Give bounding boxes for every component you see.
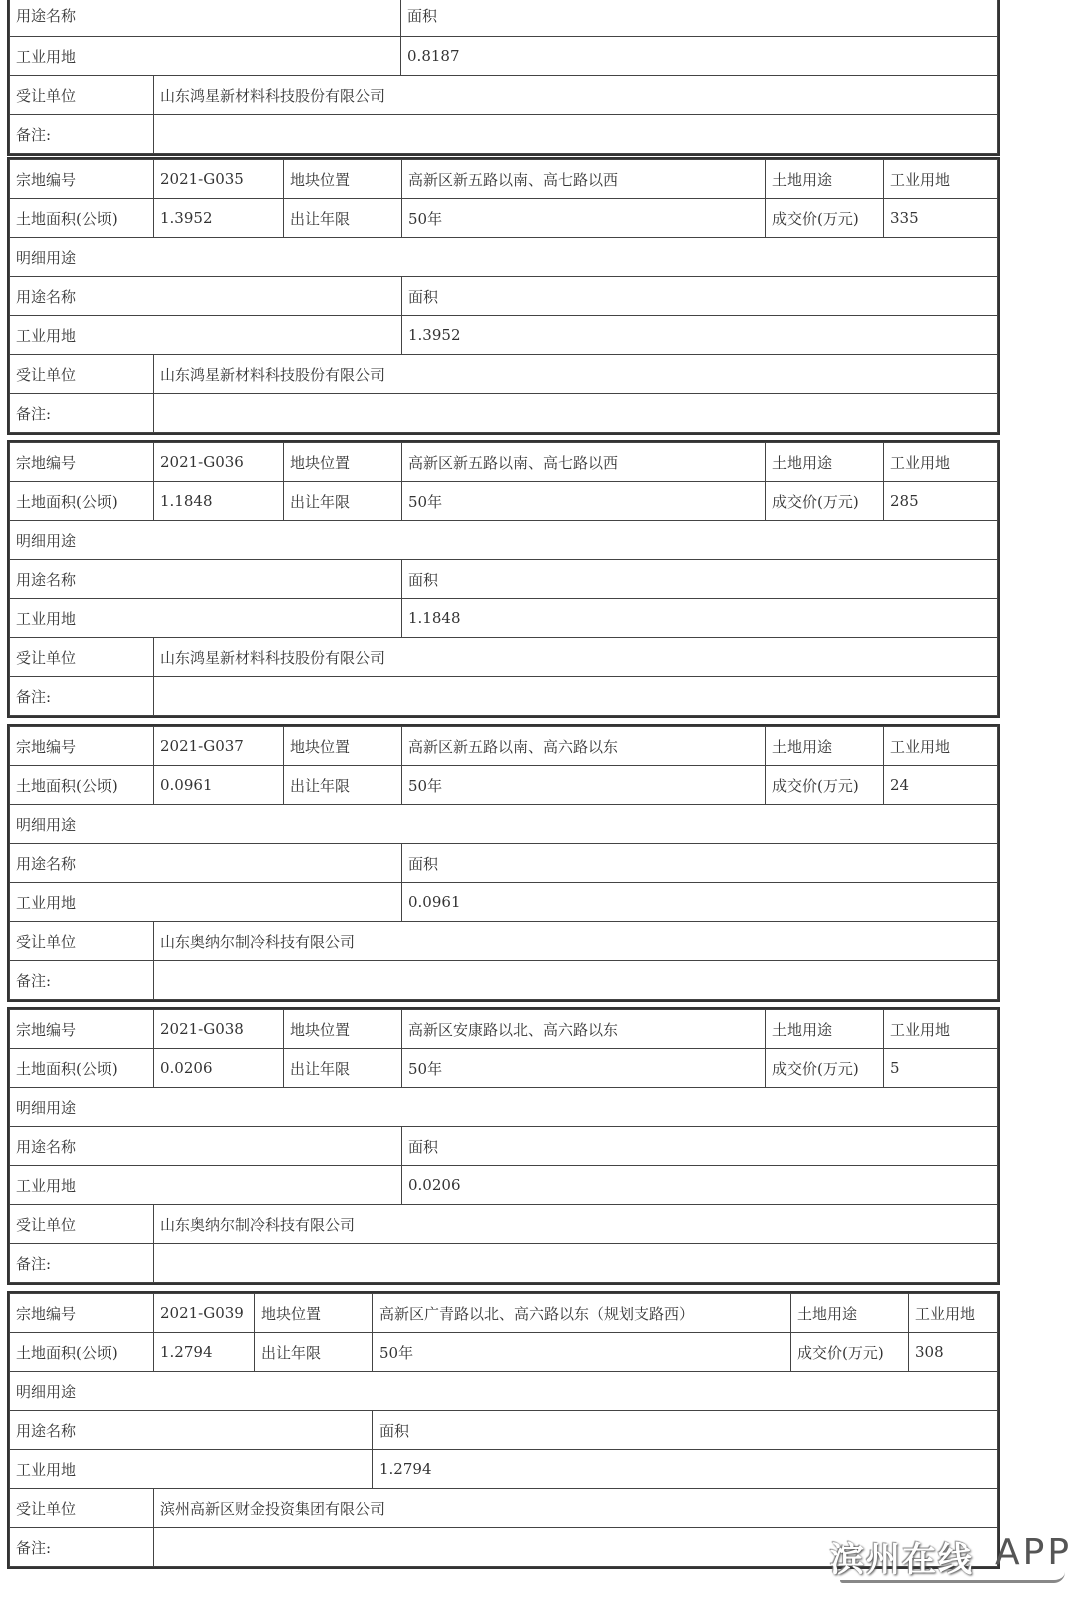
- price-value: 308: [909, 1333, 998, 1372]
- transferee-row: 受让单位 山东鸿星新材料科技股份有限公司: [10, 638, 998, 677]
- detail-use-row: 明细用途: [10, 238, 998, 277]
- land-use-value: 工业用地: [884, 160, 998, 199]
- remarks-label: 备注:: [10, 115, 154, 154]
- parcel-row-2: 土地面积(公顷) 1.2794 出让年限 50年 成交价(万元) 308: [10, 1333, 998, 1372]
- parcel-no-value: 2021-G036: [154, 443, 284, 482]
- area-short-label: 面积: [402, 277, 998, 316]
- remarks-row: 备注:: [10, 677, 998, 716]
- area-short-label: 面积: [373, 1411, 998, 1450]
- use-name-value: 工业用地: [10, 316, 402, 355]
- remarks-row: 备注:: [10, 115, 998, 154]
- price-value: 285: [884, 482, 998, 521]
- term-value: 50年: [402, 482, 766, 521]
- price-value: 24: [884, 766, 998, 805]
- watermark-app-text: APP: [995, 1532, 1072, 1573]
- use-header-row: 用途名称 面积: [10, 560, 998, 599]
- location-label: 地块位置: [284, 1010, 402, 1049]
- remarks-row: 备注:: [10, 961, 998, 1000]
- land-use-value: 工业用地: [884, 443, 998, 482]
- use-area-value: 0.0961: [402, 883, 998, 922]
- use-name-label: 用途名称: [10, 1127, 402, 1166]
- term-label: 出让年限: [284, 766, 402, 805]
- transferee-label: 受让单位: [10, 76, 154, 115]
- remarks-label: 备注:: [10, 394, 154, 433]
- area-label: 土地面积(公顷): [10, 199, 154, 238]
- parcel-row-1: 宗地编号 2021-G036 地块位置 高新区新五路以南、高七路以西 土地用途 …: [10, 443, 998, 482]
- remarks-row: 备注:: [10, 394, 998, 433]
- remarks-value: [154, 394, 998, 433]
- use-name-value: 工业用地: [10, 37, 401, 76]
- use-header-row: 用途名称 面积: [10, 844, 998, 883]
- location-value: 高新区安康路以北、高六路以东: [402, 1010, 766, 1049]
- transferee-value: 山东鸿星新材料科技股份有限公司: [154, 355, 998, 394]
- use-row: 工业用地 0.0206: [10, 1166, 998, 1205]
- location-value: 高新区新五路以南、高七路以西: [402, 443, 766, 482]
- term-label: 出让年限: [284, 1049, 402, 1088]
- use-area-value: 1.1848: [402, 599, 998, 638]
- remarks-value: [154, 115, 998, 154]
- remarks-row: 备注:: [10, 1244, 998, 1283]
- area-label: 土地面积(公顷): [10, 1049, 154, 1088]
- remarks-label: 备注:: [10, 1528, 154, 1567]
- price-label: 成交价(万元): [766, 199, 884, 238]
- use-area-value: 0.0206: [402, 1166, 998, 1205]
- price-label: 成交价(万元): [766, 766, 884, 805]
- price-label: 成交价(万元): [766, 1049, 884, 1088]
- term-value: 50年: [402, 199, 766, 238]
- transferee-row: 受让单位 山东奥纳尔制冷科技有限公司: [10, 922, 998, 961]
- parcel-no-label: 宗地编号: [10, 443, 154, 482]
- detail-use-label: 明细用途: [10, 1088, 998, 1127]
- area-value: 1.3952: [154, 199, 284, 238]
- transferee-row: 受让单位 山东鸿星新材料科技股份有限公司: [10, 355, 998, 394]
- parcel-table: 宗地编号 2021-G037 地块位置 高新区新五路以南、高六路以东 土地用途 …: [9, 726, 998, 1000]
- parcel-no-label: 宗地编号: [10, 160, 154, 199]
- location-label: 地块位置: [284, 443, 402, 482]
- parcel-table: 宗地编号 2021-G038 地块位置 高新区安康路以北、高六路以东 土地用途 …: [9, 1009, 998, 1283]
- transferee-value: 滨州高新区财金投资集团有限公司: [154, 1489, 998, 1528]
- parcel-no-value: 2021-G035: [154, 160, 284, 199]
- term-label: 出让年限: [284, 482, 402, 521]
- parcel-no-label: 宗地编号: [10, 1294, 154, 1333]
- parcel-no-label: 宗地编号: [10, 727, 154, 766]
- area-label: 土地面积(公顷): [10, 482, 154, 521]
- use-name-label: 用途名称: [10, 560, 402, 599]
- use-row: 工业用地 1.2794: [10, 1450, 998, 1489]
- term-value: 50年: [402, 766, 766, 805]
- parcel-block: 宗地编号 2021-G036 地块位置 高新区新五路以南、高七路以西 土地用途 …: [7, 440, 1000, 718]
- transferee-label: 受让单位: [10, 922, 154, 961]
- parcel-block: 宗地编号 2021-G038 地块位置 高新区安康路以北、高六路以东 土地用途 …: [7, 1007, 1000, 1285]
- term-label: 出让年限: [284, 199, 402, 238]
- watermark-logo: 滨州在线 APP: [830, 1528, 1070, 1583]
- transferee-label: 受让单位: [10, 1205, 154, 1244]
- use-row: 工业用地 0.0961: [10, 883, 998, 922]
- parcel-block-partial: 用途名称 面积 工业用地 0.8187 受让单位 山东鸿星新材料科技股份有限公司…: [7, 0, 1000, 156]
- parcel-table: 宗地编号 2021-G039 地块位置 高新区广青路以北、高六路以东（规划支路西…: [9, 1293, 998, 1567]
- detail-use-row: 明细用途: [10, 805, 998, 844]
- use-header-row: 用途名称 面积: [10, 0, 998, 37]
- land-use-label: 土地用途: [766, 160, 884, 199]
- use-name-label: 用途名称: [10, 844, 402, 883]
- remarks-label: 备注:: [10, 677, 154, 716]
- parcel-table: 用途名称 面积 工业用地 0.8187 受让单位 山东鸿星新材料科技股份有限公司…: [9, 0, 998, 154]
- detail-use-label: 明细用途: [10, 805, 998, 844]
- transferee-value: 山东鸿星新材料科技股份有限公司: [154, 76, 998, 115]
- area-short-label: 面积: [402, 844, 998, 883]
- parcel-row-1: 宗地编号 2021-G039 地块位置 高新区广青路以北、高六路以东（规划支路西…: [10, 1294, 998, 1333]
- transferee-label: 受让单位: [10, 638, 154, 677]
- location-label: 地块位置: [284, 160, 402, 199]
- area-value: 0.0206: [154, 1049, 284, 1088]
- location-value: 高新区广青路以北、高六路以东（规划支路西）: [373, 1294, 791, 1333]
- location-label: 地块位置: [284, 727, 402, 766]
- parcel-row-2: 土地面积(公顷) 0.0961 出让年限 50年 成交价(万元) 24: [10, 766, 998, 805]
- parcel-row-2: 土地面积(公顷) 0.0206 出让年限 50年 成交价(万元) 5: [10, 1049, 998, 1088]
- remarks-value: [154, 1244, 998, 1283]
- term-value: 50年: [402, 1049, 766, 1088]
- use-name-label: 用途名称: [10, 1411, 373, 1450]
- area-value: 0.0961: [154, 766, 284, 805]
- use-name-label: 用途名称: [10, 0, 401, 37]
- use-row: 工业用地 1.3952: [10, 316, 998, 355]
- area-label: 土地面积(公顷): [10, 1333, 154, 1372]
- land-use-value: 工业用地: [884, 1010, 998, 1049]
- detail-use-label: 明细用途: [10, 1372, 998, 1411]
- detail-use-row: 明细用途: [10, 1372, 998, 1411]
- use-header-row: 用途名称 面积: [10, 277, 998, 316]
- area-label: 土地面积(公顷): [10, 766, 154, 805]
- remarks-value: [154, 677, 998, 716]
- use-area-value: 1.2794: [373, 1450, 998, 1489]
- use-area-value: 0.8187: [401, 37, 998, 76]
- parcel-row-1: 宗地编号 2021-G037 地块位置 高新区新五路以南、高六路以东 土地用途 …: [10, 727, 998, 766]
- land-use-label: 土地用途: [766, 727, 884, 766]
- transferee-value: 山东奥纳尔制冷科技有限公司: [154, 1205, 998, 1244]
- parcel-table: 宗地编号 2021-G035 地块位置 高新区新五路以南、高七路以西 土地用途 …: [9, 159, 998, 433]
- price-value: 5: [884, 1049, 998, 1088]
- use-name-value: 工业用地: [10, 599, 402, 638]
- use-name-value: 工业用地: [10, 1166, 402, 1205]
- location-value: 高新区新五路以南、高七路以西: [402, 160, 766, 199]
- area-value: 1.2794: [154, 1333, 255, 1372]
- watermark-swoosh-icon: [840, 1572, 1065, 1583]
- detail-use-row: 明细用途: [10, 521, 998, 560]
- area-short-label: 面积: [402, 1127, 998, 1166]
- parcel-row-1: 宗地编号 2021-G035 地块位置 高新区新五路以南、高七路以西 土地用途 …: [10, 160, 998, 199]
- location-value: 高新区新五路以南、高六路以东: [402, 727, 766, 766]
- detail-use-label: 明细用途: [10, 521, 998, 560]
- use-header-row: 用途名称 面积: [10, 1411, 998, 1450]
- parcel-block: 宗地编号 2021-G035 地块位置 高新区新五路以南、高七路以西 土地用途 …: [7, 157, 1000, 435]
- term-value: 50年: [373, 1333, 791, 1372]
- parcel-table: 宗地编号 2021-G036 地块位置 高新区新五路以南、高七路以西 土地用途 …: [9, 442, 998, 716]
- transferee-value: 山东鸿星新材料科技股份有限公司: [154, 638, 998, 677]
- transferee-row: 受让单位 山东奥纳尔制冷科技有限公司: [10, 1205, 998, 1244]
- transferee-label: 受让单位: [10, 355, 154, 394]
- use-name-value: 工业用地: [10, 883, 402, 922]
- transferee-value: 山东奥纳尔制冷科技有限公司: [154, 922, 998, 961]
- use-header-row: 用途名称 面积: [10, 1127, 998, 1166]
- land-use-label: 土地用途: [766, 1010, 884, 1049]
- use-row: 工业用地 0.8187: [10, 37, 998, 76]
- parcel-no-value: 2021-G039: [154, 1294, 255, 1333]
- area-short-label: 面积: [402, 560, 998, 599]
- area-label: 面积: [401, 0, 998, 37]
- land-use-label: 土地用途: [791, 1294, 909, 1333]
- parcel-row-2: 土地面积(公顷) 1.3952 出让年限 50年 成交价(万元) 335: [10, 199, 998, 238]
- price-value: 335: [884, 199, 998, 238]
- use-area-value: 1.3952: [402, 316, 998, 355]
- use-name-label: 用途名称: [10, 277, 402, 316]
- detail-use-label: 明细用途: [10, 238, 998, 277]
- detail-use-row: 明细用途: [10, 1088, 998, 1127]
- remarks-label: 备注:: [10, 961, 154, 1000]
- parcel-no-value: 2021-G037: [154, 727, 284, 766]
- term-label: 出让年限: [255, 1333, 373, 1372]
- use-row: 工业用地 1.1848: [10, 599, 998, 638]
- land-use-value: 工业用地: [909, 1294, 998, 1333]
- parcel-block: 宗地编号 2021-G037 地块位置 高新区新五路以南、高六路以东 土地用途 …: [7, 724, 1000, 1002]
- location-label: 地块位置: [255, 1294, 373, 1333]
- transferee-row: 受让单位 山东鸿星新材料科技股份有限公司: [10, 76, 998, 115]
- remarks-value: [154, 961, 998, 1000]
- area-value: 1.1848: [154, 482, 284, 521]
- parcel-row-2: 土地面积(公顷) 1.1848 出让年限 50年 成交价(万元) 285: [10, 482, 998, 521]
- price-label: 成交价(万元): [791, 1333, 909, 1372]
- price-label: 成交价(万元): [766, 482, 884, 521]
- parcel-no-label: 宗地编号: [10, 1010, 154, 1049]
- use-name-value: 工业用地: [10, 1450, 373, 1489]
- land-use-label: 土地用途: [766, 443, 884, 482]
- parcel-row-1: 宗地编号 2021-G038 地块位置 高新区安康路以北、高六路以东 土地用途 …: [10, 1010, 998, 1049]
- transferee-label: 受让单位: [10, 1489, 154, 1528]
- transferee-row: 受让单位 滨州高新区财金投资集团有限公司: [10, 1489, 998, 1528]
- remarks-label: 备注:: [10, 1244, 154, 1283]
- land-use-value: 工业用地: [884, 727, 998, 766]
- parcel-no-value: 2021-G038: [154, 1010, 284, 1049]
